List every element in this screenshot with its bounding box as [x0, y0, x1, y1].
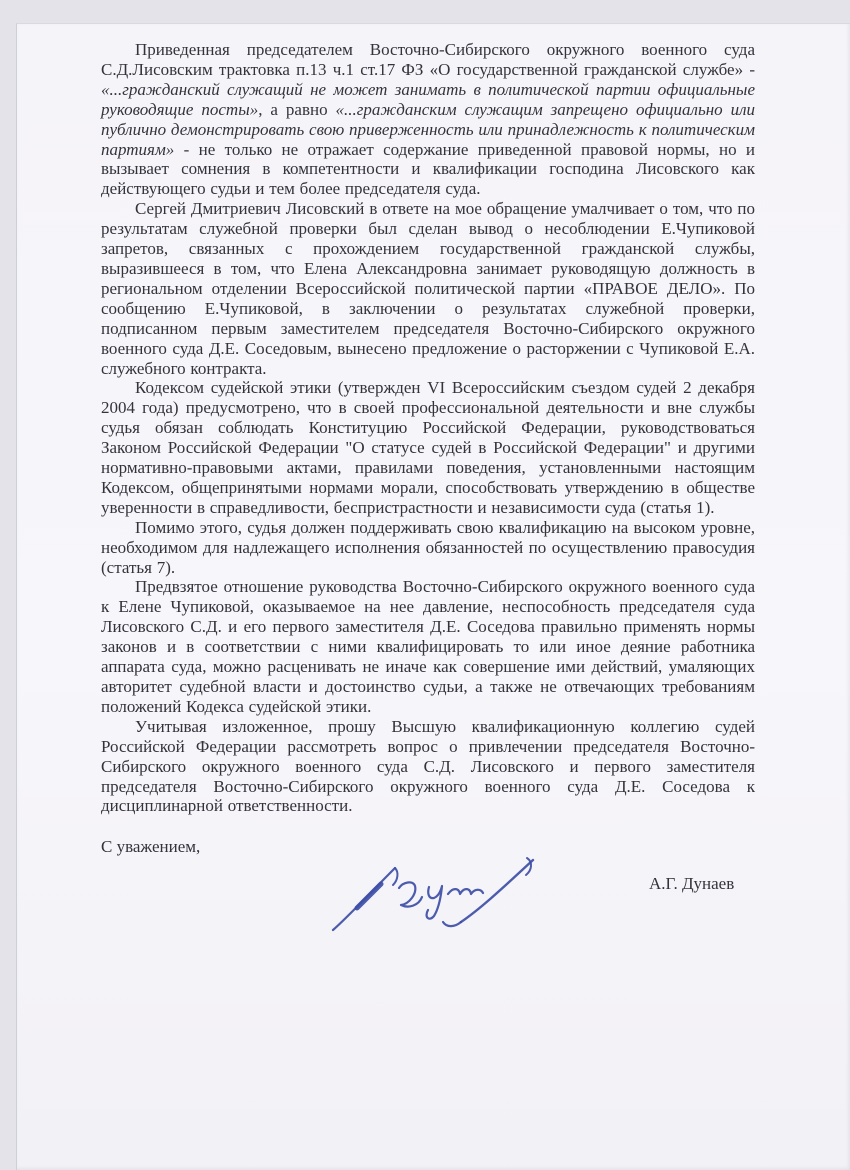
closing-salutation: С уважением, — [101, 837, 200, 857]
paragraph: Приведенная председателем Восточно-Сибир… — [101, 40, 755, 199]
paragraph: Предвзятое отношение руководства Восточн… — [101, 577, 755, 716]
paragraph: Учитывая изложенное, прошу Высшую квалиф… — [101, 717, 755, 817]
paragraph: Кодексом судейской этики (утвержден VI В… — [101, 378, 755, 517]
paragraph: Сергей Дмитриевич Лисовский в ответе на … — [101, 199, 755, 378]
body-text: Сергей Дмитриевич Лисовский в ответе на … — [101, 199, 755, 377]
signer-name: А.Г. Дунаев — [649, 874, 734, 894]
body-text: Предвзятое отношение руководства Восточн… — [101, 577, 755, 715]
letter-body: Приведенная председателем Восточно-Сибир… — [101, 40, 755, 816]
body-text: Кодексом судейской этики (утвержден VI В… — [101, 378, 755, 516]
body-text: Учитывая изложенное, прошу Высшую квалиф… — [101, 717, 755, 816]
handwritten-signature-icon — [313, 842, 563, 947]
body-text: - не только не отражает содержание приве… — [101, 140, 755, 199]
body-text: Приведенная председателем Восточно-Сибир… — [101, 40, 755, 79]
body-text: , а равно — [258, 100, 335, 119]
paragraph: Помимо этого, судья должен поддерживать … — [101, 518, 755, 578]
body-text: Помимо этого, судья должен поддерживать … — [101, 518, 755, 577]
scanned-letter-page: { "colors": { "ink": "#34333c", "signatu… — [0, 0, 850, 1170]
paper: Приведенная председателем Восточно-Сибир… — [16, 23, 850, 1170]
